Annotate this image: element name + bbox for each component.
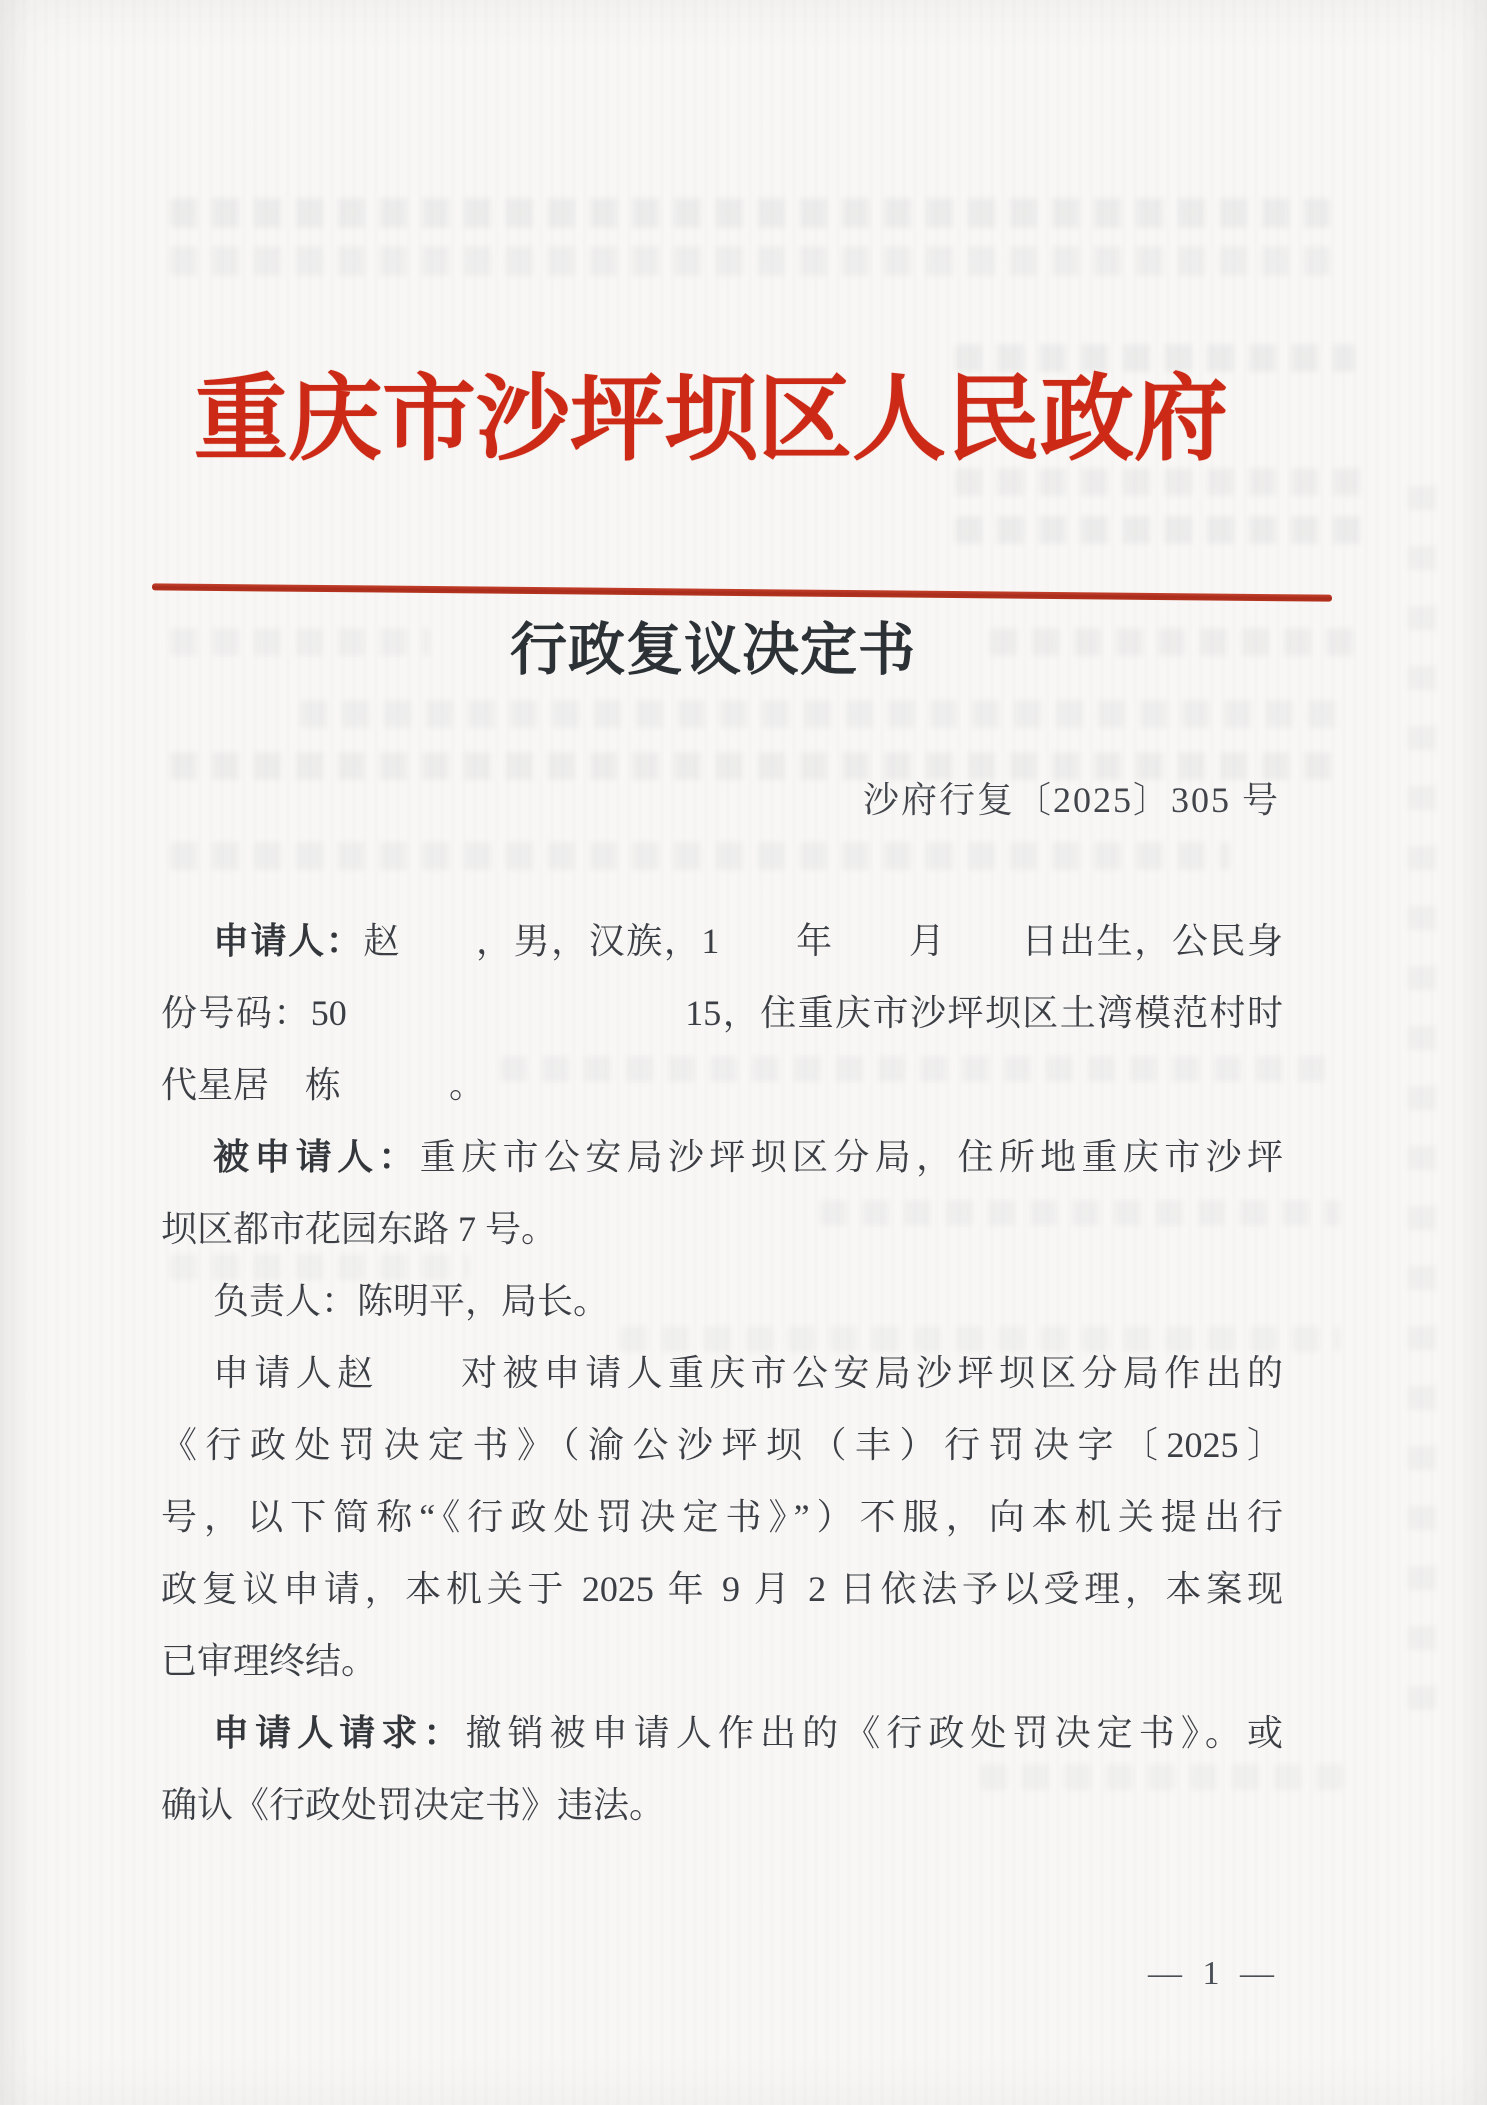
bleed-through-ghost <box>300 700 1340 728</box>
body-text: 申请人赵 对被申请人重庆市公安局沙坪坝区分局作出的 <box>213 1353 1283 1393</box>
bleed-through-ghost <box>170 752 1340 780</box>
body-line: 份号码：50 15，住重庆市沙坪坝区土湾模范村时 <box>161 977 1283 1049</box>
body-line: 《行政处罚决定书》（渝公沙坪坝（丰）行罚决字〔2025〕 <box>161 1409 1283 1481</box>
body-paragraphs: 申请人：赵 ，男，汉族，1 年 月 日出生，公民身份号码：50 15，住重庆市沙… <box>161 905 1283 1841</box>
bleed-through-ghost <box>170 198 1330 228</box>
body-text: 撤销被申请人作出的《行政处罚决定书》。或 <box>465 1713 1283 1753</box>
body-text: 赵 ，男，汉族，1 年 月 日出生，公民身 <box>363 921 1283 961</box>
body-line: 坝区都市花园东路 7 号。 <box>161 1193 1283 1265</box>
body-text: 《行政处罚决定书》（渝公沙坪坝（丰）行罚决字〔2025〕 <box>161 1425 1283 1465</box>
bleed-through-ghost <box>170 246 1330 276</box>
body-line: 被申请人：重庆市公安局沙坪坝区分局，住所地重庆市沙坪 <box>161 1121 1283 1193</box>
body-label: 申请人请求： <box>213 1712 465 1753</box>
body-text: 号，以下简称“《行政处罚决定书》”）不服，向本机关提出行 <box>161 1497 1283 1537</box>
body-line: 政复议申请，本机关于 2025 年 9 月 2 日依法予以受理，本案现 <box>161 1553 1283 1625</box>
body-line: 申请人赵 对被申请人重庆市公安局沙坪坝区分局作出的 <box>161 1337 1283 1409</box>
body-text: 份号码：50 15，住重庆市沙坪坝区土湾模范村时 <box>161 993 1283 1033</box>
body-text: 政复议申请，本机关于 2025 年 9 月 2 日依法予以受理，本案现 <box>161 1569 1283 1609</box>
issuer-title: 重庆市沙坪坝区人民政府 <box>126 360 1296 480</box>
doc-type-title: 行政复议决定书 <box>128 613 1298 689</box>
bleed-through-ghost <box>170 842 1230 870</box>
body-line: 代星居 栋 。 <box>161 1049 1283 1121</box>
scanned-document-page: 重庆市沙坪坝区人民政府 行政复议决定书 沙府行复〔2025〕305 号 申请人：… <box>0 0 1487 2105</box>
body-label: 申请人： <box>213 920 363 961</box>
body-line: 申请人：赵 ，男，汉族，1 年 月 日出生，公民身 <box>161 905 1283 977</box>
body-line: 确认《行政处罚决定书》违法。 <box>161 1769 1283 1841</box>
body-text: 确认《行政处罚决定书》违法。 <box>161 1785 665 1825</box>
body-line: 申请人请求：撤销被申请人作出的《行政处罚决定书》。或 <box>161 1697 1283 1769</box>
body-line: 负责人：陈明平，局长。 <box>161 1265 1283 1337</box>
body-line: 号，以下简称“《行政处罚决定书》”）不服，向本机关提出行 <box>161 1481 1283 1553</box>
body-label: 被申请人： <box>213 1136 420 1177</box>
doc-number: 沙府行复〔2025〕305 号 <box>160 778 1280 822</box>
body-text: 已审理终结。 <box>161 1641 377 1681</box>
body-text: 重庆市公安局沙坪坝区分局，住所地重庆市沙坪 <box>420 1137 1283 1177</box>
body-text: 代星居 栋 。 <box>161 1065 485 1105</box>
bleed-through-ghost <box>1408 470 1436 1710</box>
body-line: 已审理终结。 <box>161 1625 1283 1697</box>
body-text: 负责人：陈明平，局长。 <box>213 1281 609 1321</box>
bleed-through-ghost <box>955 516 1365 544</box>
page-number: — 1 — <box>160 1952 1280 1996</box>
body-text: 坝区都市花园东路 7 号。 <box>161 1209 557 1249</box>
letterhead-red-rule <box>152 583 1332 601</box>
